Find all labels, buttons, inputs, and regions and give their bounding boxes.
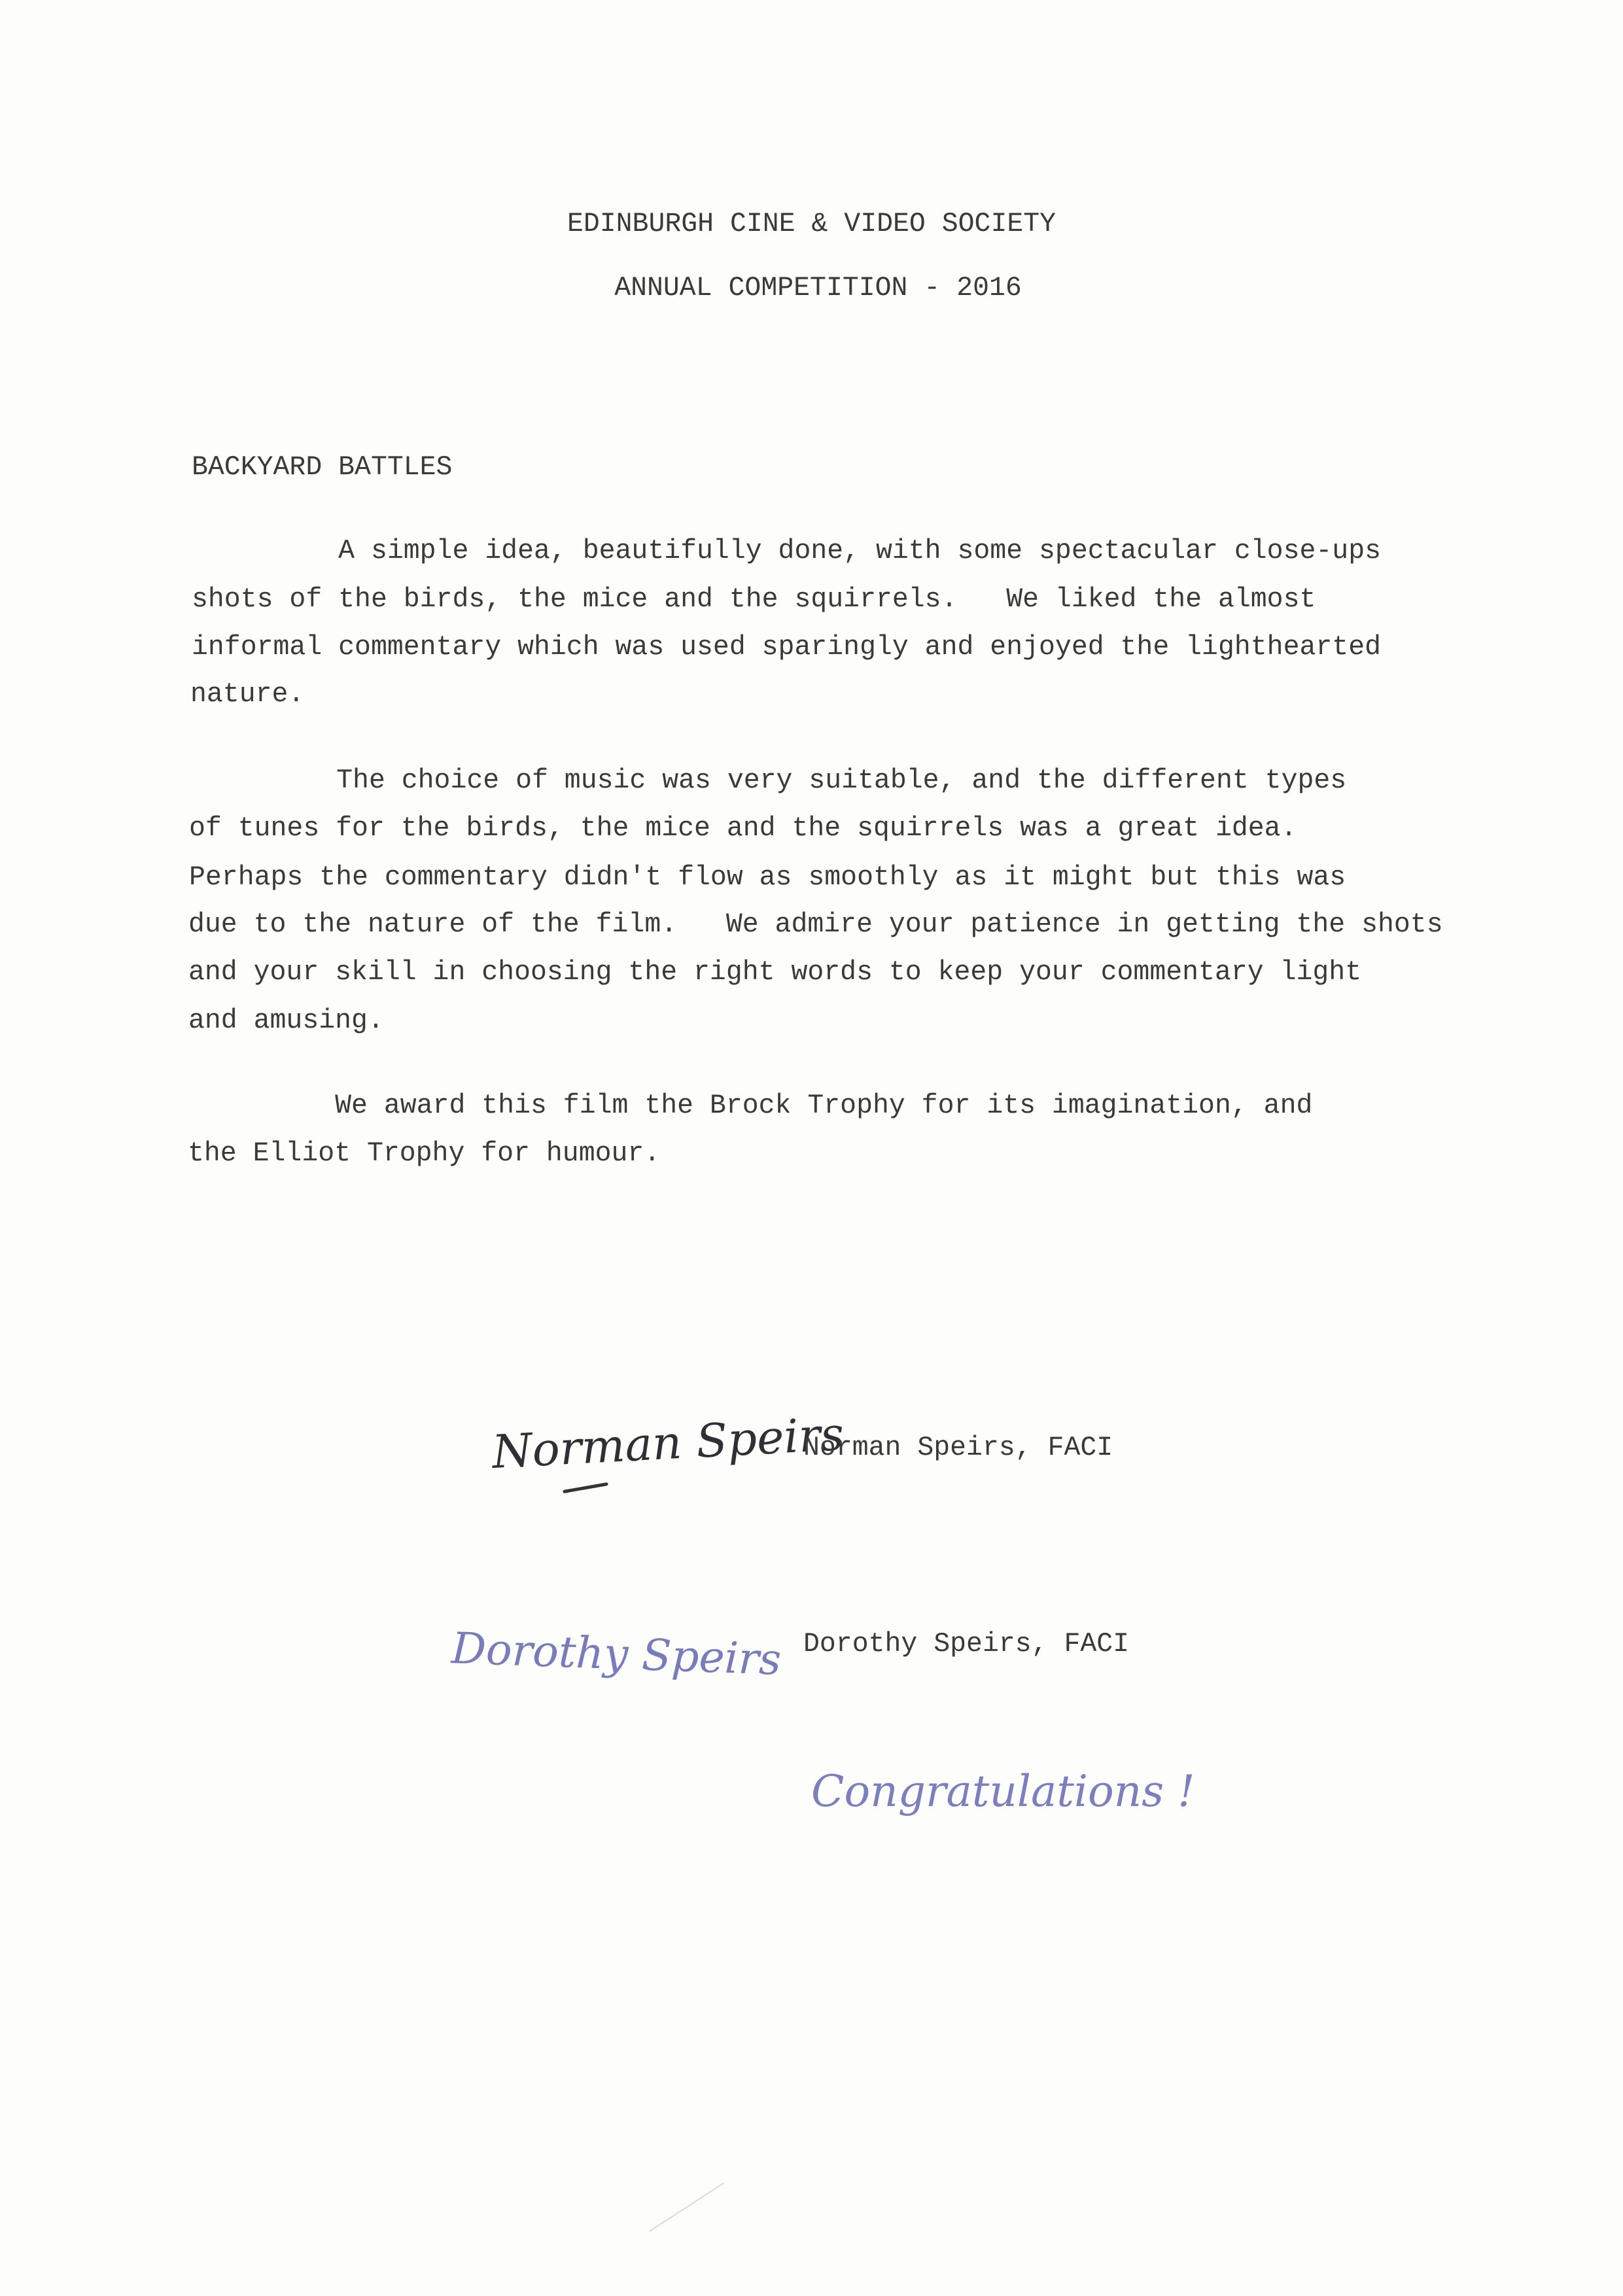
signature-flourish — [563, 1482, 608, 1493]
competition-heading: ANNUAL COMPETITION - 2016 — [0, 275, 1623, 302]
handwritten-congratulations: Congratulations ! — [811, 1766, 1195, 1817]
award-letter-page: EDINBURGH CINE & VIDEO SOCIETY ANNUAL CO… — [0, 0, 1623, 2296]
paragraph-line: The choice of music was very suitable, a… — [190, 767, 1346, 795]
paragraph-line: We award this film the Brock Trophy for … — [188, 1092, 1312, 1120]
film-title: BACKYARD BATTLES — [192, 454, 452, 481]
paragraph-line: shots of the birds, the mice and the squ… — [192, 586, 1316, 614]
handwritten-signature: Dorothy Speirs — [451, 1623, 782, 1685]
paragraph-line: informal commentary which was used spari… — [192, 634, 1381, 661]
typed-name: Dorothy Speirs, FACI — [803, 1631, 1129, 1658]
paragraph-line: A simple idea, beautifully done, with so… — [192, 538, 1381, 565]
scan-artifact-mark — [649, 2183, 724, 2232]
paragraph-line: Perhaps the commentary didn't flow as sm… — [189, 864, 1346, 892]
handwritten-signature: Norman Speirs — [491, 1407, 845, 1479]
paragraph-line: nature. — [190, 681, 304, 708]
paragraph-line: and amusing. — [188, 1007, 384, 1035]
paragraph-line: due to the nature of the film. We admire… — [188, 911, 1443, 939]
organisation-heading: EDINBURGH CINE & VIDEO SOCIETY — [0, 211, 1623, 238]
paragraph-line: the Elliot Trophy for humour. — [188, 1140, 660, 1168]
paragraph-line: and your skill in choosing the right wor… — [188, 959, 1361, 986]
paragraph-line: of tunes for the birds, the mice and the… — [189, 815, 1297, 843]
typed-name: Norman Speirs, FACI — [803, 1435, 1113, 1462]
